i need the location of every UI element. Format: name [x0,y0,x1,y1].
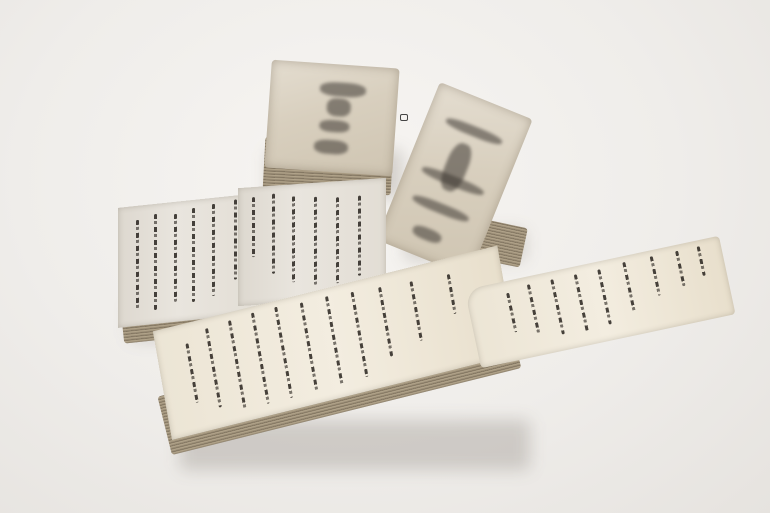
photo-scene: Four old Japanese hand-bound manuscripts… [0,0,770,513]
scene-description: Four old Japanese hand-bound manuscripts… [0,0,1,1]
